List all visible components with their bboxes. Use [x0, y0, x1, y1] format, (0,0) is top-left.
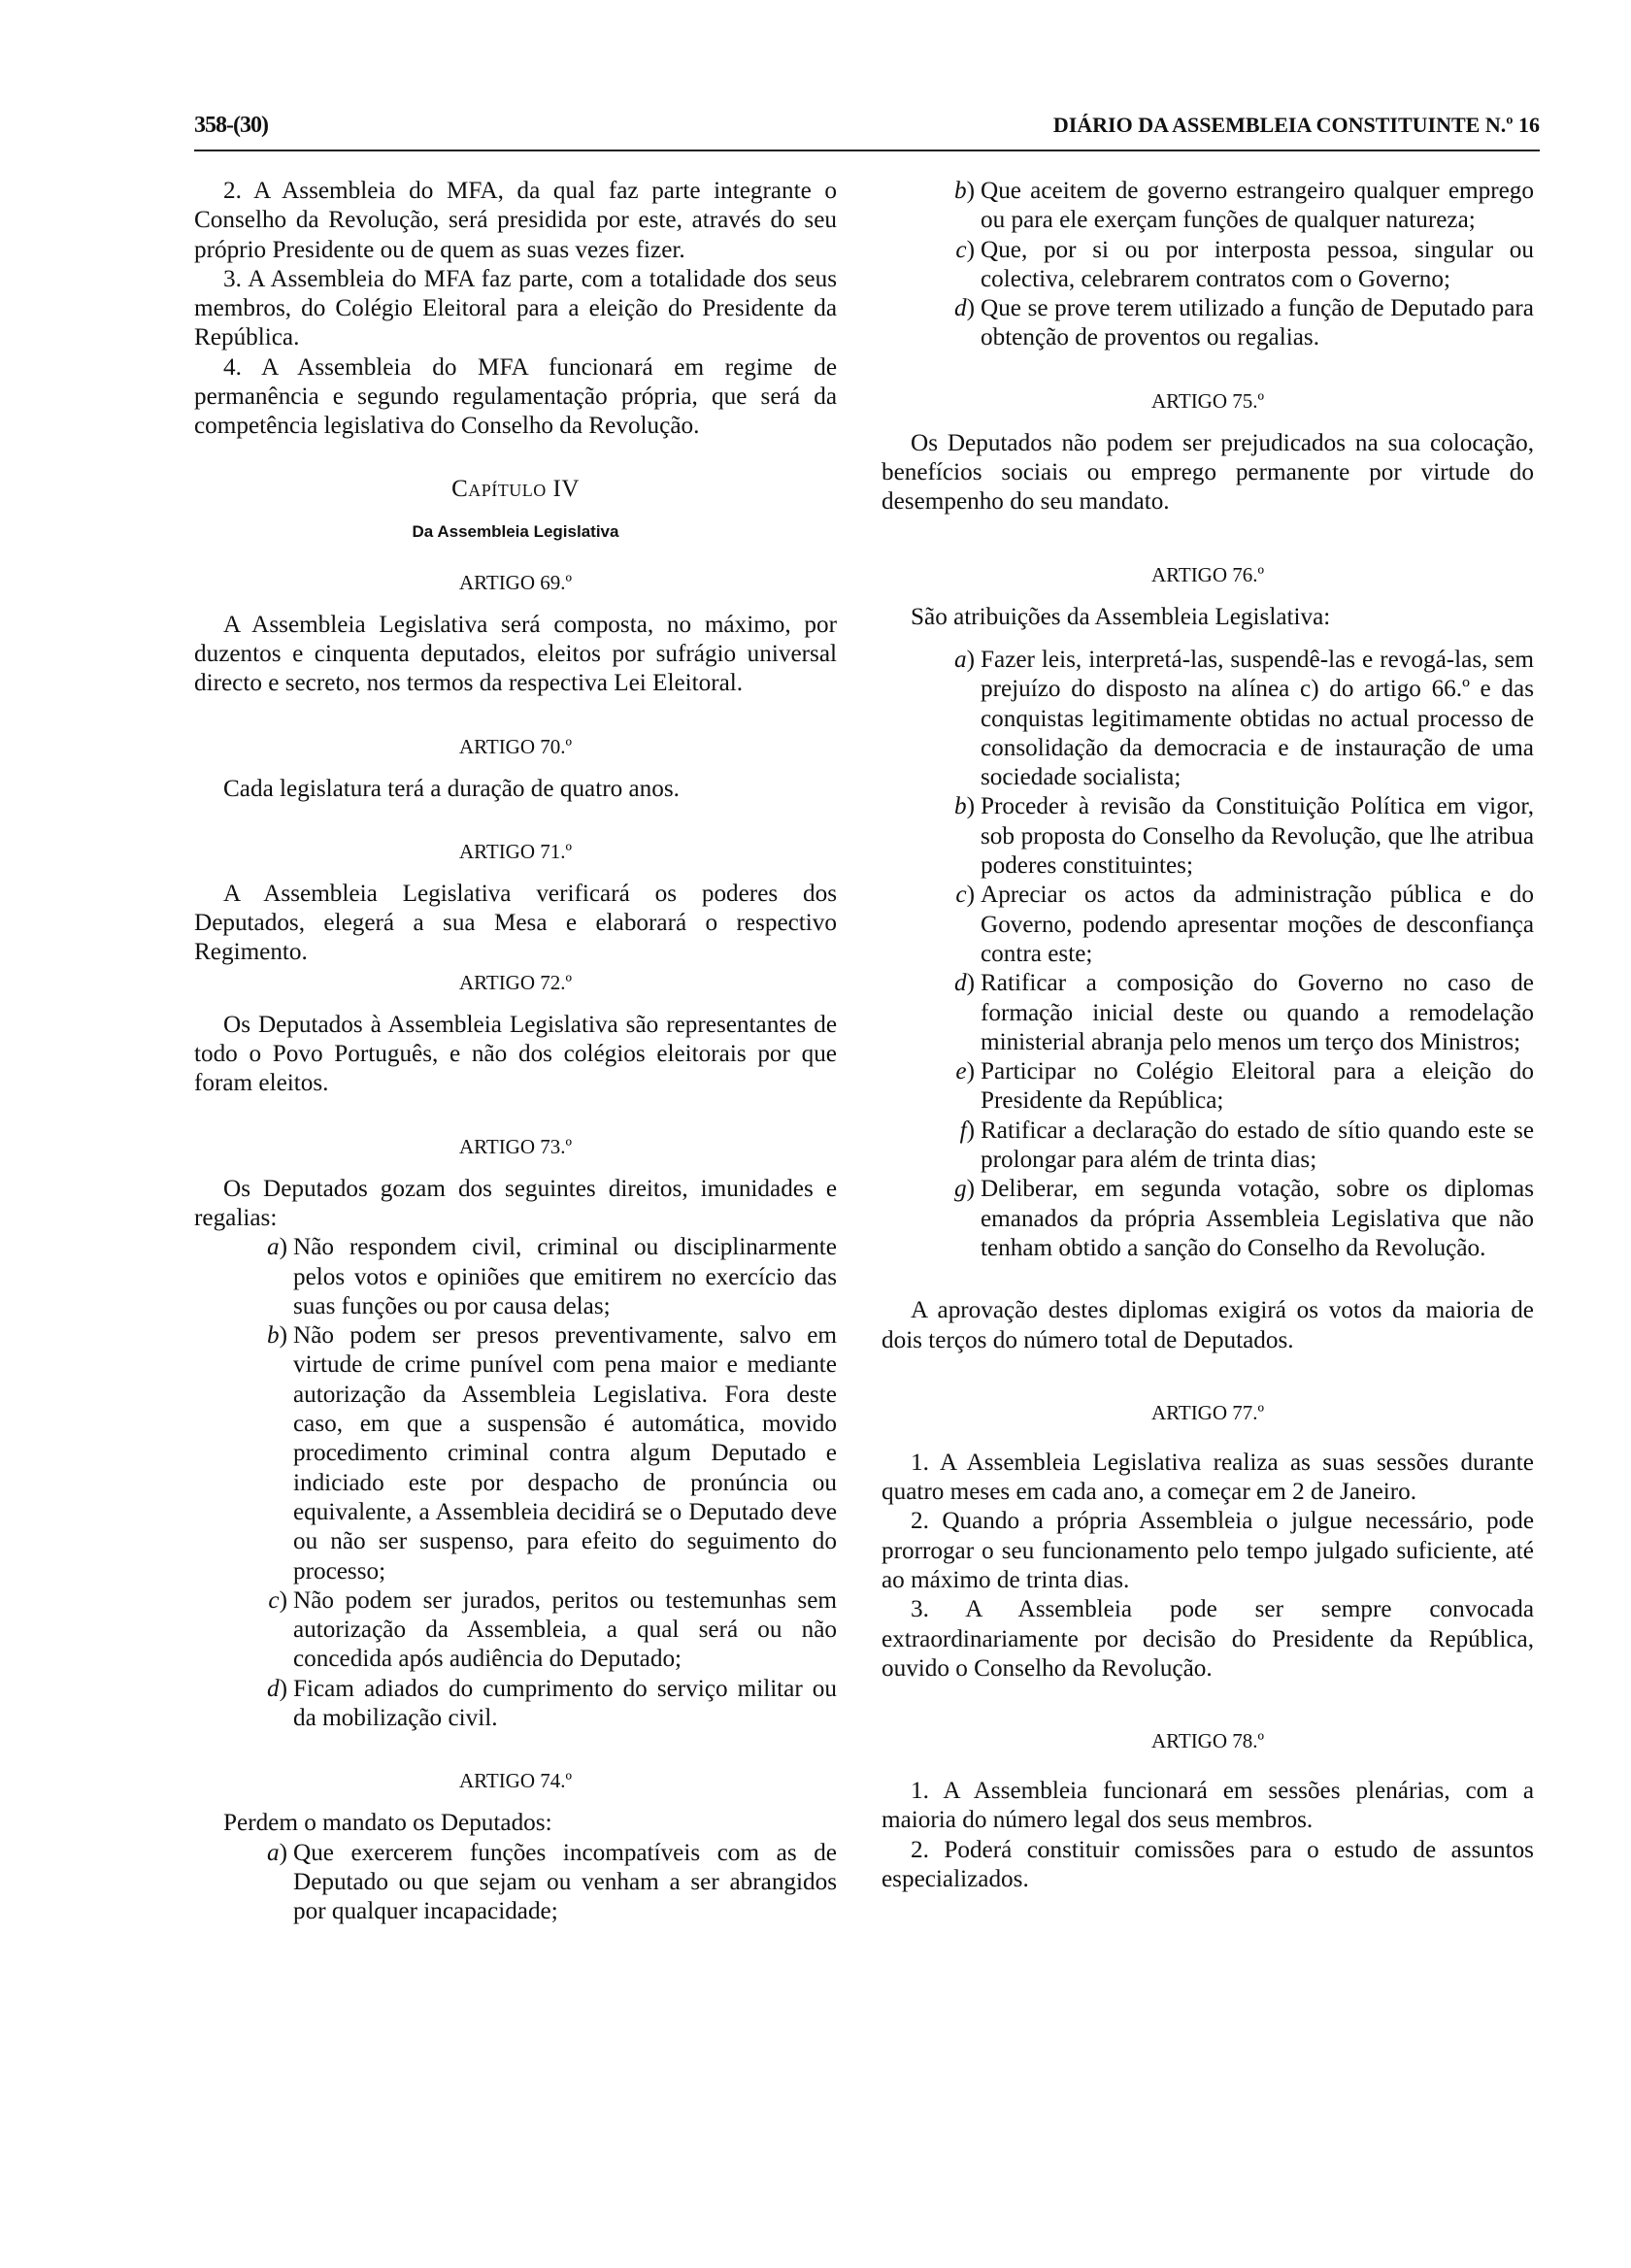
article-heading: ARTIGO 75.º: [882, 386, 1534, 416]
page-header: 358-(30) DIÁRIO DA ASSEMBLEIA CONSTITUIN…: [194, 113, 1540, 151]
list-item: g)Deliberar, em segunda votação, sobre o…: [882, 1175, 1534, 1263]
article-heading: ARTIGO 70.º: [194, 732, 837, 761]
list-item: d)Que se prove terem utilizado a função …: [882, 294, 1534, 353]
article-heading: ARTIGO 73.º: [194, 1132, 837, 1161]
article-text: Os Deputados não podem ser prejudicados …: [882, 429, 1534, 517]
chapter-title: Capítulo IV: [194, 475, 837, 504]
paragraph: 2. Quando a própria Assembleia o julgue …: [882, 1507, 1534, 1595]
list-item: c)Não podem ser jurados, peritos ou test…: [194, 1586, 837, 1675]
list-item: d)Ratificar a composição do Governo no c…: [882, 969, 1534, 1057]
article-intro: São atribuições da Assembleia Legislativ…: [882, 603, 1534, 632]
list-item: e)Participar no Colégio Eleitoral para a…: [882, 1057, 1534, 1117]
paragraph: 4. A Assembleia do MFA funcionará em reg…: [194, 353, 837, 442]
list-item: c)Que, por si ou por interposta pessoa, …: [882, 236, 1534, 295]
publication-title: DIÁRIO DA ASSEMBLEIA CONSTITUINTE N.º 16: [1053, 113, 1540, 138]
list-item: a)Fazer leis, interpretá-las, suspendê-l…: [882, 646, 1534, 792]
article-heading: ARTIGO 74.º: [194, 1766, 837, 1795]
article-heading: ARTIGO 76.º: [882, 560, 1534, 589]
article-heading: ARTIGO 71.º: [194, 837, 837, 866]
paragraph: 2. A Assembleia do MFA, da qual faz part…: [194, 177, 837, 265]
list-item: b)Proceder à revisão da Constituição Pol…: [882, 792, 1534, 881]
list-item: b)Não podem ser presos preventivamente, …: [194, 1321, 837, 1586]
list-item: a)Não respondem civil, criminal ou disci…: [194, 1233, 837, 1321]
article-text: Os Deputados à Assembleia Legislativa sã…: [194, 1011, 837, 1099]
header-rule: [194, 150, 1540, 151]
left-column: 2. A Assembleia do MFA, da qual faz part…: [194, 177, 837, 1926]
article-intro: Os Deputados gozam dos seguintes direito…: [194, 1175, 837, 1234]
article-closing: A aprovação destes diplomas exigirá os v…: [882, 1296, 1534, 1355]
article-intro: Perdem o mandato os Deputados:: [194, 1809, 837, 1838]
list-item: b)Que aceitem de governo estrangeiro qua…: [882, 177, 1534, 236]
article-heading: ARTIGO 72.º: [194, 968, 837, 997]
right-column: b)Que aceitem de governo estrangeiro qua…: [882, 177, 1534, 1894]
article-heading: ARTIGO 77.º: [882, 1398, 1534, 1427]
article-text: A Assembleia Legislativa será composta, …: [194, 611, 837, 699]
article-heading: ARTIGO 78.º: [882, 1726, 1534, 1755]
paragraph: 3. A Assembleia do MFA faz parte, com a …: [194, 265, 837, 353]
list-item: f)Ratificar a declaração do estado de sí…: [882, 1117, 1534, 1176]
chapter-subtitle: Da Assembleia Legislativa: [194, 517, 837, 547]
article-text: Cada legislatura terá a duração de quatr…: [194, 775, 837, 804]
paragraph: 2. Poderá constituir comissões para o es…: [882, 1836, 1534, 1895]
list-item: c)Apreciar os actos da administração púb…: [882, 881, 1534, 969]
article-text: A Assembleia Legislativa verificará os p…: [194, 880, 837, 968]
list-item: d)Ficam adiados do cumprimento do serviç…: [194, 1675, 837, 1734]
article-heading: ARTIGO 69.º: [194, 568, 837, 597]
list-item: a)Que exercerem funções incompatíveis co…: [194, 1839, 837, 1927]
paragraph: 1. A Assembleia Legislativa realiza as s…: [882, 1449, 1534, 1508]
paragraph: 1. A Assembleia funcionará em sessões pl…: [882, 1777, 1534, 1836]
paragraph: 3. A Assembleia pode ser sempre convocad…: [882, 1595, 1534, 1684]
page-number: 358-(30): [194, 113, 268, 139]
